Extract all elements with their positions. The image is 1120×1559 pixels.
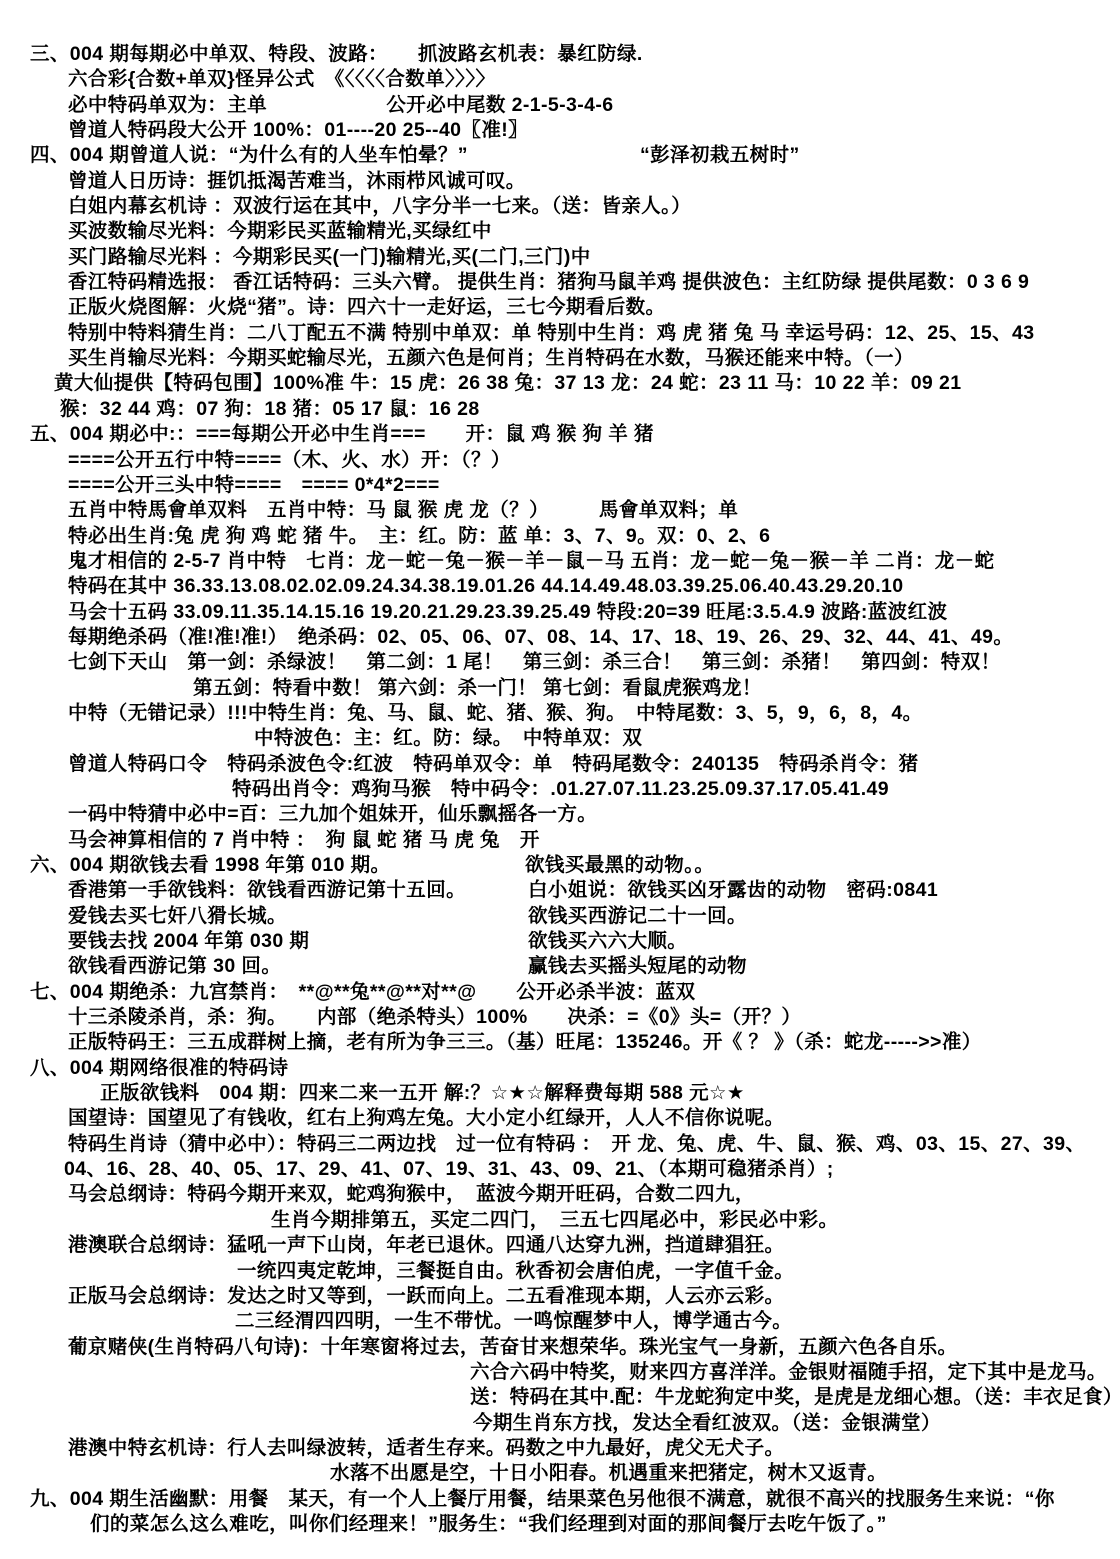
text-line: 七剑下天山 第一剑：杀绿波！ 第二剑：1 尾！ 第三剑：杀三合！ 第三剑：杀猪！… [0, 650, 1120, 675]
text-segment: 四、004 期曾道人说：“为什么有的人坐车怕晕？” [30, 143, 468, 168]
text-segment: 们的菜怎么这么难吃，叫你们经理来！”服务生：“我们经理到对面的那间餐厅去吃午饭了… [90, 1512, 887, 1537]
text-segment: 特码生肖诗（猜中必中）：特码三二两边找 过一位有特码 ： 开 龙、兔、虎、牛、鼠… [68, 1132, 1085, 1157]
text-line: 十三杀陵杀肖，杀：狗。 内部（绝杀特头）100% 决杀：=《0》头=（开？） [0, 1005, 1120, 1030]
text-line: 买生肖输尽光料：今期买蛇输尽光，五颜六色是何肖；生肖特码在水数，马猴还能来中特。… [0, 346, 1120, 371]
text-line: 香江特码精选报： 香江话特码：三头六臂。 提供生肖：猪狗马鼠羊鸡 提供波色：主红… [0, 270, 1120, 295]
text-line: 曾道人日历诗：捱饥抵渴苦难当，沐雨栉风诚可叹。 [0, 169, 1120, 194]
text-line: 九、004 期生活幽默：用餐 某天，有一个人上餐厅用餐，结果菜色另他很不满意，就… [0, 1487, 1120, 1512]
text-segment: 葡京赌侠(生肖特码八句诗)：十年寒窗将过去，苦奋甘来想荣华。珠光宝气一身新，五颜… [68, 1335, 957, 1360]
text-line: 马会十五码 33.09.11.35.14.15.16 19.20.21.29.2… [0, 600, 1120, 625]
text-segment: 特必出生肖:兔 虎 狗 鸡 蛇 猪 牛。 主：红。防：蓝 单：3、7、9。双：0… [68, 524, 770, 549]
text-line: 要钱去找 2004 年第 030 期欲钱买六六大顺。 [0, 929, 1120, 954]
text-line: 买门路输尽光料 ：今期彩民买(一门)输精光,买(二门,三门)中 [0, 245, 1120, 270]
text-line: 四、004 期曾道人说：“为什么有的人坐车怕晕？”“彭泽初栽五树时” [0, 143, 1120, 168]
text-line: 特码出肖令：鸡狗马猴 特中码令：.01.27.07.11.23.25.09.37… [0, 777, 1120, 802]
text-line: 曾道人特码口令 特码杀波色令:红波 特码单双令：单 特码尾数令：240135 特… [0, 752, 1120, 777]
text-line: 香港第一手欲钱料：欲钱看西游记第十五回。白小姐说：欲钱买凶牙露齿的动物 密码:0… [0, 878, 1120, 903]
text-segment: 五、004 期必中:：===每期公开必中生肖=== 开：鼠 鸡 猴 狗 羊 猪 [30, 422, 654, 447]
text-line: 中特波色：主：红。防：绿。 中特单双：双 [0, 726, 1120, 751]
text-line: 爱钱去买七奸八猾长城。欲钱买西游记二十一回。 [0, 904, 1120, 929]
text-line: 一码中特猜中必中=百：三九加个姐妹开，仙乐飘摇各一方。 [0, 802, 1120, 827]
text-segment: 马会总纲诗：特码今期开来双，蛇鸡狗猴中， 蓝波今期开旺码，合数二四九， [68, 1182, 755, 1207]
text-line: 黄大仙提供【特码包围】100%准 牛：15 虎：26 38 兔：37 13 龙：… [0, 371, 1120, 396]
text-segment: 六合彩{合数+单双}怪异公式 《〈〈〈〈合数单〉〉〉〉 [68, 67, 495, 92]
text-line: 葡京赌侠(生肖特码八句诗)：十年寒窗将过去，苦奋甘来想荣华。珠光宝气一身新，五颜… [0, 1335, 1120, 1360]
text-segment: 六、004 期欲钱去看 1998 年第 010 期。 [30, 853, 390, 878]
text-segment: 九、004 期生活幽默：用餐 某天，有一个人上餐厅用餐，结果菜色另他很不满意，就… [30, 1487, 1055, 1512]
text-segment: 八、004 期网络很准的特码诗 [30, 1056, 288, 1081]
text-segment: 中特（无错记录）!!!中特生肖：兔、马、鼠、蛇、猪、猴、狗。 中特尾数：3、5，… [68, 701, 923, 726]
text-segment: 特码在其中 36.33.13.08.02.02.09.24.34.38.19.0… [68, 574, 904, 599]
text-segment: 欲钱看西游记第 30 回。 [68, 954, 281, 979]
text-line: 鬼才相信的 2-5-7 肖中特 七肖：龙－蛇－兔－猴－羊－鼠－马 五肖：龙－蛇－… [0, 549, 1120, 574]
text-line: 三、004 期每期必中单双、特段、波路： 抓波路玄机表：暴红防绿. [0, 42, 1120, 67]
text-segment: “彭泽初栽五树时” [640, 143, 800, 168]
text-segment: 水落不出愿是空，十日小阳春。机遇重来把猪定，树木又返青。 [330, 1461, 887, 1486]
text-segment: 买生肖输尽光料：今期买蛇输尽光，五颜六色是何肖；生肖特码在水数，马猴还能来中特。… [68, 346, 914, 371]
text-line: 港澳联合总纲诗：猛吼一声下山岗，年老已退休。四通八达穿九洲，挡道肆猖狂。 [0, 1233, 1120, 1258]
text-line: 正版欲钱料 004 期：四来二来一五开 解:？☆★☆解释费每期 588 元☆★ [0, 1081, 1120, 1106]
text-segment: 港澳联合总纲诗：猛吼一声下山岗，年老已退休。四通八达穿九洲，挡道肆猖狂。 [68, 1233, 784, 1258]
text-line: 生肖今期排第五，买定二四门， 三五七四尾必中，彩民必中彩。 [0, 1208, 1120, 1233]
text-segment: 欲钱买西游记二十一回。 [528, 904, 747, 929]
text-segment: 曾道人特码段大公开 100%：01----20 25--40〖准!〗 [68, 118, 528, 143]
text-line: 欲钱看西游记第 30 回。赢钱去买摇头短尾的动物 [0, 954, 1120, 979]
text-line: 猴：32 44 鸡：07 狗：18 猪：05 17 鼠：16 28 [0, 397, 1120, 422]
text-segment: 特别中特料猜生肖：二八丁配五不满 特别中单双：单 特别中生肖：鸡 虎 猪 兔 马… [68, 321, 1035, 346]
text-line: 六合六码中特奖，财来四方喜洋洋。金银财福随手招，定下其中是龙马。 [0, 1360, 1120, 1385]
text-line: 买波数输尽光料：今期彩民买蓝输精光,买绿红中 [0, 219, 1120, 244]
text-line: 必中特码单双为：主单 公开必中尾数 2-1-5-3-4-6 [0, 93, 1120, 118]
text-line: 一统四夷定乾坤，三餐挺自由。秋香初会唐伯虎，一字值千金。 [0, 1259, 1120, 1284]
text-segment: 鬼才相信的 2-5-7 肖中特 七肖：龙－蛇－兔－猴－羊－鼠－马 五肖：龙－蛇－… [68, 549, 995, 574]
text-segment: 白姐内幕玄机诗 ：双波行运在其中，八字分半一七来。（送：皆亲人。） [68, 194, 691, 219]
text-line: 04、16、28、40、05、17、29、41、07、19、31、43、09、2… [0, 1157, 1120, 1182]
text-line: 送：特码在其中.配：牛龙蛇狗定中奖，是虎是龙细心想。（送：丰衣足食） [0, 1385, 1120, 1410]
text-segment: ====公开五行中特====（木、火、水）开：（？） [68, 448, 511, 473]
text-segment: 要钱去找 2004 年第 030 期 [68, 929, 309, 954]
text-segment: 香江特码精选报： 香江话特码：三头六臂。 提供生肖：猪狗马鼠羊鸡 提供波色：主红… [68, 270, 1029, 295]
text-segment: 正版马会总纲诗：发达之时又等到，一跃而向上。二五看准现本期，人云亦云彩。 [68, 1284, 784, 1309]
text-line: 白姐内幕玄机诗 ：双波行运在其中，八字分半一七来。（送：皆亲人。） [0, 194, 1120, 219]
document-body: 三、004 期每期必中单双、特段、波路： 抓波路玄机表：暴红防绿.六合彩{合数+… [0, 42, 1120, 1537]
text-line: 特码生肖诗（猜中必中）：特码三二两边找 过一位有特码 ： 开 龙、兔、虎、牛、鼠… [0, 1132, 1120, 1157]
lottery-tip-sheet: 三、004 期每期必中单双、特段、波路： 抓波路玄机表：暴红防绿.六合彩{合数+… [0, 0, 1120, 1559]
text-segment: 曾道人特码口令 特码杀波色令:红波 特码单双令：单 特码尾数令：240135 特… [68, 752, 918, 777]
text-segment: 六合六码中特奖，财来四方喜洋洋。金银财福随手招，定下其中是龙马。 [470, 1360, 1107, 1385]
text-line: 国望诗：国望见了有钱收，红右上狗鸡左兔。大小定小红绿开，人人不信你说呢。 [0, 1106, 1120, 1131]
text-line: 正版马会总纲诗：发达之时又等到，一跃而向上。二五看准现本期，人云亦云彩。 [0, 1284, 1120, 1309]
text-segment: 港澳中特玄机诗：行人去叫绿波转，适者生存来。码数之中九最好，虎父无犬子。 [68, 1436, 784, 1461]
text-segment: 黄大仙提供【特码包围】100%准 牛：15 虎：26 38 兔：37 13 龙：… [54, 371, 962, 396]
text-segment: 国望诗：国望见了有钱收，红右上狗鸡左兔。大小定小红绿开，人人不信你说呢。 [68, 1106, 784, 1131]
text-line: 今期生肖东方找，发达全看红波双。（送：金银满堂） [0, 1411, 1120, 1436]
text-segment: 马会神算相信的 7 肖中特 ： 狗 鼠 蛇 猪 马 虎 兔 开 [68, 828, 540, 853]
text-segment: 必中特码单双为：主单 公开必中尾数 2-1-5-3-4-6 [68, 93, 614, 118]
text-segment: 正版火烧图解：火烧“猪”。诗：四六十一走好运，三七今期看后数。 [68, 295, 665, 320]
text-line: 第五剑：特看中数！ 第六剑：杀一门！ 第七剑：看鼠虎猴鸡龙！ [0, 676, 1120, 701]
text-segment: 香港第一手欲钱料：欲钱看西游记第十五回。 [68, 878, 466, 903]
text-segment: 第五剑：特看中数！ 第六剑：杀一门！ 第七剑：看鼠虎猴鸡龙！ [193, 676, 762, 701]
text-segment: 二三经渭四四明，一生不带忧。一鸣惊醒梦中人，博学通古今。 [235, 1309, 792, 1334]
text-line: 七、004 期绝杀：九宫禁肖： **@**兔**@**对**@ 公开必杀半波：蓝… [0, 980, 1120, 1005]
text-segment: 生肖今期排第五，买定二四门， 三五七四尾必中，彩民必中彩。 [271, 1208, 838, 1233]
text-segment: 一码中特猜中必中=百：三九加个姐妹开，仙乐飘摇各一方。 [68, 802, 597, 827]
text-segment: 中特波色：主：红。防：绿。 中特单双：双 [254, 726, 642, 751]
text-segment: 正版欲钱料 004 期：四来二来一五开 解:？☆★☆解释费每期 588 元☆★ [100, 1081, 745, 1106]
text-segment: 送：特码在其中.配：牛龙蛇狗定中奖，是虎是龙细心想。（送：丰衣足食） [470, 1385, 1120, 1410]
text-segment: 欲钱买最黑的动物。。 [525, 853, 714, 878]
text-segment: ====公开三头中特==== ==== 0*4*2=== [68, 473, 440, 498]
text-segment: 猴：32 44 鸡：07 狗：18 猪：05 17 鼠：16 28 [60, 397, 480, 422]
text-segment: 一统四夷定乾坤，三餐挺自由。秋香初会唐伯虎，一字值千金。 [237, 1259, 794, 1284]
text-line: ====公开五行中特====（木、火、水）开：（？） [0, 448, 1120, 473]
text-line: 八、004 期网络很准的特码诗 [0, 1056, 1120, 1081]
text-segment: 今期生肖东方找，发达全看红波双。（送：金银满堂） [473, 1411, 941, 1436]
text-segment: 白小姐说：欲钱买凶牙露齿的动物 密码:0841 [528, 878, 938, 903]
text-segment: 买波数输尽光料：今期彩民买蓝输精光,买绿红中 [68, 219, 492, 244]
text-line: 每期绝杀码（准!准!准!） 绝杀码：02、05、06、07、08、14、17、1… [0, 625, 1120, 650]
text-line: 马会总纲诗：特码今期开来双，蛇鸡狗猴中， 蓝波今期开旺码，合数二四九， [0, 1182, 1120, 1207]
text-line: 港澳中特玄机诗：行人去叫绿波转，适者生存来。码数之中九最好，虎父无犬子。 [0, 1436, 1120, 1461]
text-segment: 每期绝杀码（准!准!准!） 绝杀码：02、05、06、07、08、14、17、1… [68, 625, 1013, 650]
text-line: 水落不出愿是空，十日小阳春。机遇重来把猪定，树木又返青。 [0, 1461, 1120, 1486]
text-segment: 爱钱去买七奸八猾长城。 [68, 904, 287, 929]
text-segment: 七、004 期绝杀：九宫禁肖： **@**兔**@**对**@ 公开必杀半波：蓝… [30, 980, 695, 1005]
text-line: 六合彩{合数+单双}怪异公式 《〈〈〈〈合数单〉〉〉〉 [0, 67, 1120, 92]
text-segment: 特码出肖令：鸡狗马猴 特中码令：.01.27.07.11.23.25.09.37… [232, 777, 889, 802]
text-segment: 五肖中特馬會单双料 五肖中特：马 鼠 猴 虎 龙（？） 馬會单双料；单 [68, 498, 738, 523]
text-line: 正版特码王：三五成群树上摘，老有所为争三三。（基）旺尾：135246。开《 ？ … [0, 1030, 1120, 1055]
text-segment: 04、16、28、40、05、17、29、41、07、19、31、43、09、2… [64, 1157, 834, 1182]
text-line: 六、004 期欲钱去看 1998 年第 010 期。欲钱买最黑的动物。。 [0, 853, 1120, 878]
text-line: 正版火烧图解：火烧“猪”。诗：四六十一走好运，三七今期看后数。 [0, 295, 1120, 320]
text-line: 们的菜怎么这么难吃，叫你们经理来！”服务生：“我们经理到对面的那间餐厅去吃午饭了… [0, 1512, 1120, 1537]
text-segment: 正版特码王：三五成群树上摘，老有所为争三三。（基）旺尾：135246。开《 ？ … [68, 1030, 982, 1055]
text-segment: 十三杀陵杀肖，杀：狗。 内部（绝杀特头）100% 决杀：=《0》头=（开？） [68, 1005, 801, 1030]
text-line: 五、004 期必中:：===每期公开必中生肖=== 开：鼠 鸡 猴 狗 羊 猪 [0, 422, 1120, 447]
text-segment: 曾道人日历诗：捱饥抵渴苦难当，沐雨栉风诚可叹。 [68, 169, 526, 194]
text-line: 二三经渭四四明，一生不带忧。一鸣惊醒梦中人，博学通古今。 [0, 1309, 1120, 1334]
text-line: 五肖中特馬會单双料 五肖中特：马 鼠 猴 虎 龙（？） 馬會单双料；单 [0, 498, 1120, 523]
text-line: 特码在其中 36.33.13.08.02.02.09.24.34.38.19.0… [0, 574, 1120, 599]
text-segment: 七剑下天山 第一剑：杀绿波！ 第二剑：1 尾！ 第三剑：杀三合！ 第三剑：杀猪！… [68, 650, 1000, 675]
text-segment: 欲钱买六六大顺。 [528, 929, 687, 954]
text-line: 特别中特料猜生肖：二八丁配五不满 特别中单双：单 特别中生肖：鸡 虎 猪 兔 马… [0, 321, 1120, 346]
text-segment: 赢钱去买摇头短尾的动物 [528, 954, 747, 979]
text-segment: 三、004 期每期必中单双、特段、波路： 抓波路玄机表：暴红防绿. [30, 42, 643, 67]
text-segment: 马会十五码 33.09.11.35.14.15.16 19.20.21.29.2… [68, 600, 947, 625]
text-line: 马会神算相信的 7 肖中特 ： 狗 鼠 蛇 猪 马 虎 兔 开 [0, 828, 1120, 853]
text-line: 曾道人特码段大公开 100%：01----20 25--40〖准!〗 [0, 118, 1120, 143]
text-line: 特必出生肖:兔 虎 狗 鸡 蛇 猪 牛。 主：红。防：蓝 单：3、7、9。双：0… [0, 524, 1120, 549]
text-line: 中特（无错记录）!!!中特生肖：兔、马、鼠、蛇、猪、猴、狗。 中特尾数：3、5，… [0, 701, 1120, 726]
text-segment: 买门路输尽光料 ：今期彩民买(一门)输精光,买(二门,三门)中 [68, 245, 591, 270]
text-line: ====公开三头中特==== ==== 0*4*2=== [0, 473, 1120, 498]
